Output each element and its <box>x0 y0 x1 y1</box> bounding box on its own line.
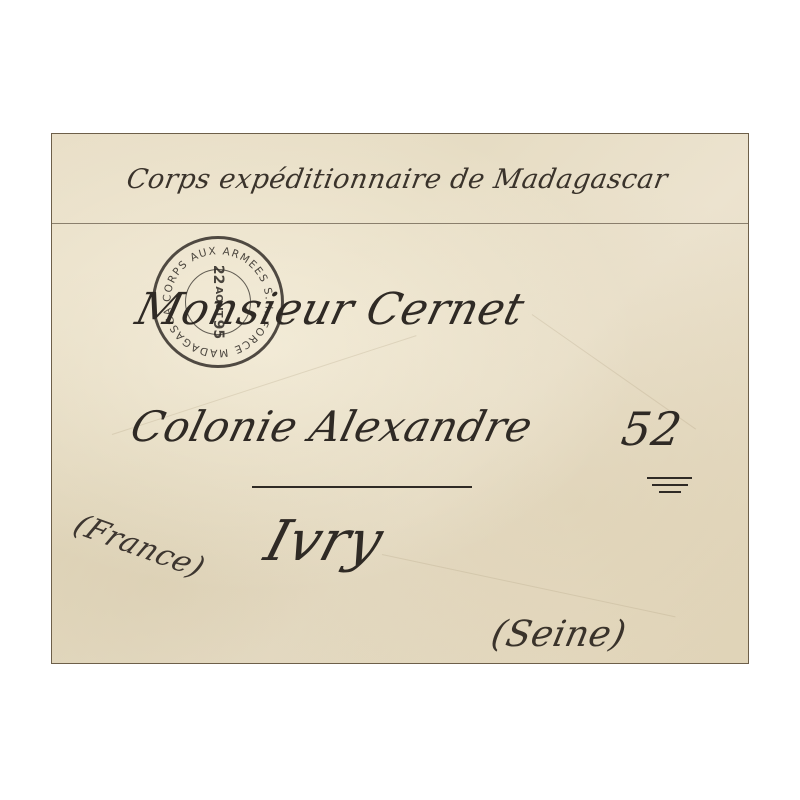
number-underline <box>659 491 681 493</box>
postmark-day: 22 <box>211 265 225 284</box>
fold-line <box>52 223 748 224</box>
envelope: Corps expéditionnaire de Madagascar CORP… <box>51 133 749 664</box>
country: (France) <box>67 508 211 585</box>
number-underline <box>652 484 688 486</box>
paper-crease <box>382 554 676 617</box>
address-street: Colonie Alexandre <box>126 402 538 451</box>
region: (Seine) <box>488 614 630 655</box>
header-inscription: Corps expéditionnaire de Madagascar <box>124 164 670 195</box>
city: Ivry <box>258 509 391 574</box>
recipient-name: Monsieur Cernet <box>131 284 530 335</box>
address-number: 52 <box>618 402 685 456</box>
address-underline <box>252 486 472 488</box>
number-underline <box>647 477 692 479</box>
